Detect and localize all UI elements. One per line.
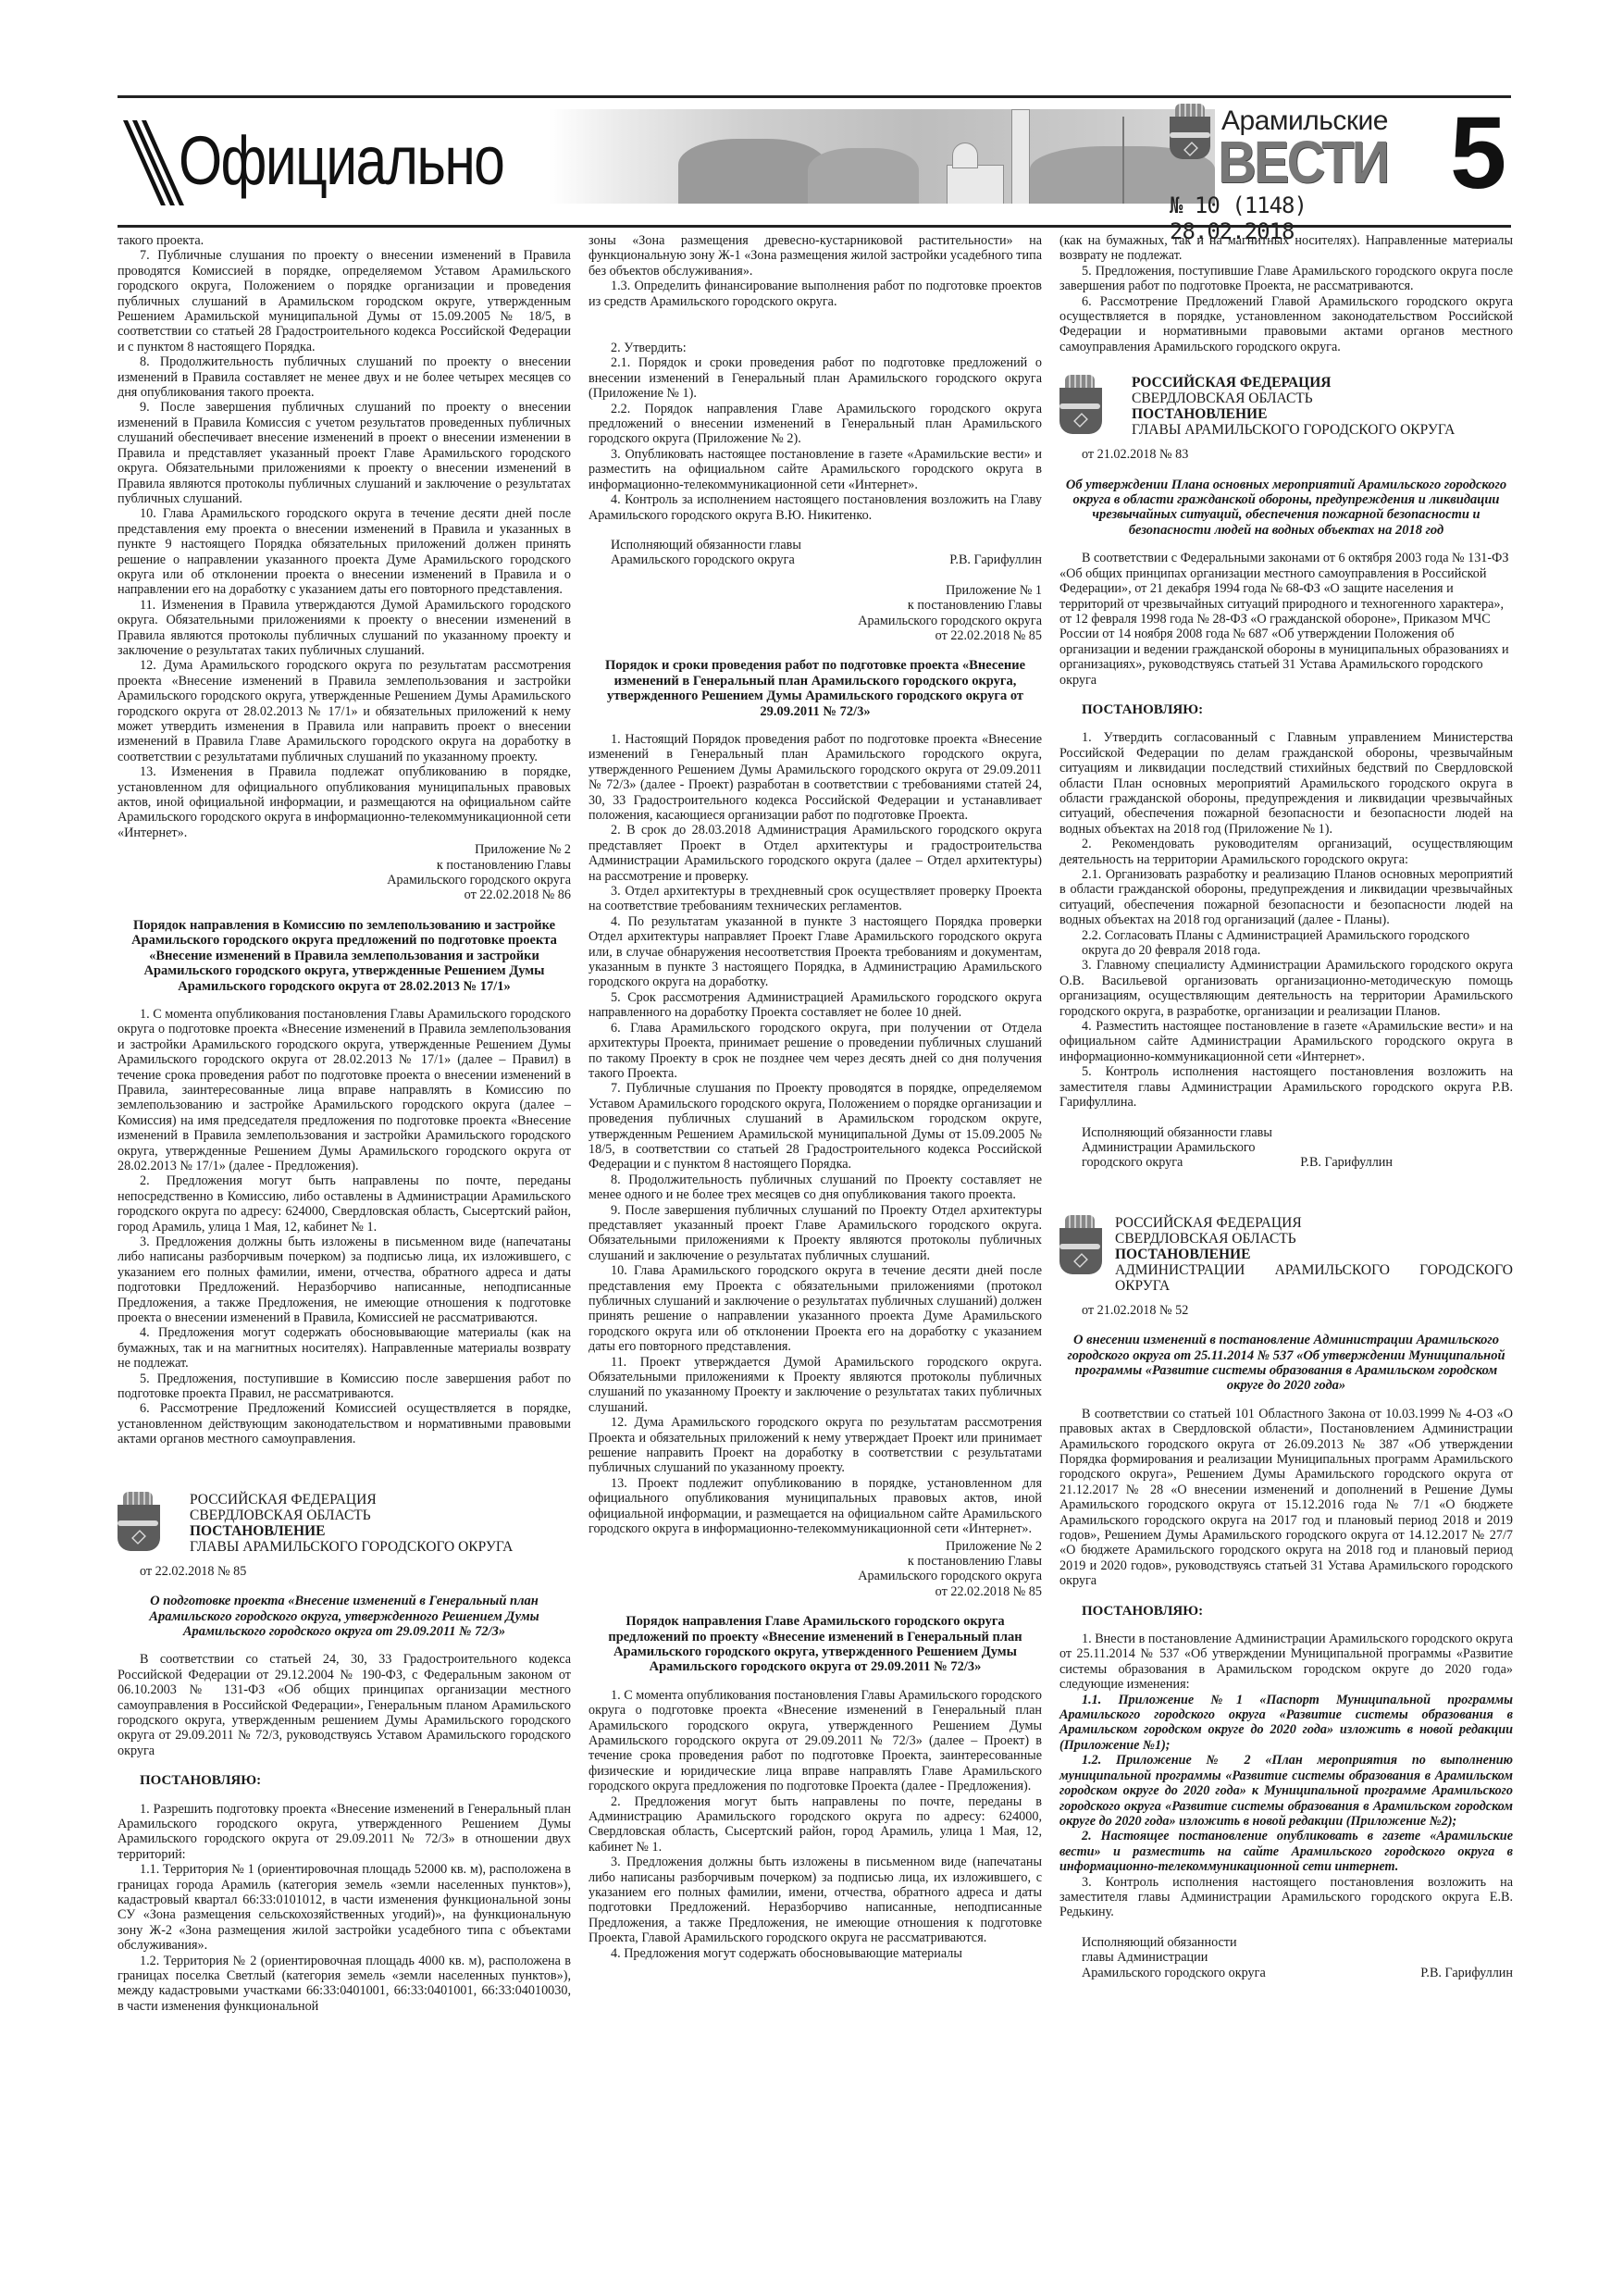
decree-date: от 22.02.2018 № 85 (118, 1564, 571, 1579)
paragraph: 2.2. Согласовать Планы с Администрацией … (1059, 928, 1513, 943)
paragraph: 3. Отдел архитектуры в трехдневный срок … (588, 884, 1042, 914)
paragraph: 2. В срок до 28.03.2018 Администрация Ар… (588, 823, 1042, 884)
paragraph: 5. Предложения, поступившие Главе Арамил… (1059, 264, 1513, 294)
decree-header: РОССИЙСКАЯ ФЕДЕРАЦИЯ СВЕРДЛОВСКАЯ ОБЛАСТ… (1059, 1215, 1513, 1294)
decree-title: О подготовке проекта «Внесение изменений… (118, 1594, 571, 1639)
paragraph: 9. После завершения публичных слушаний п… (118, 400, 571, 506)
coat-of-arms-icon (1059, 375, 1102, 434)
paragraph: 2.1. Порядок и сроки проведения работ по… (588, 355, 1042, 401)
paragraph: 1.3. Определить финансирование выполнени… (588, 279, 1042, 309)
middle-column: зоны «Зона размещения древесно-кустарник… (588, 233, 1042, 1961)
paragraph: округа до 20 февраля 2018 года. (1059, 943, 1513, 958)
paragraph: 4. Контроль за исполнением настоящего по… (588, 492, 1042, 523)
paragraph: 1. С момента опубликования постановления… (588, 1688, 1042, 1794)
paragraph: 1. Разрешить подготовку проекта «Внесени… (118, 1802, 571, 1863)
coat-of-arms-icon (118, 1492, 160, 1551)
section-heading: Порядок направления Главе Арамильского г… (588, 1614, 1042, 1675)
paragraph: 3. Предложения должны быть изложены в пи… (118, 1235, 571, 1325)
brand-name-bottom: ВЕСТИ (1218, 128, 1387, 196)
paragraph: 3. Опубликовать настоящее постановление … (588, 447, 1042, 492)
paragraph: 13. Проект подлежит опубликованию в поря… (588, 1476, 1042, 1537)
right-column: (как на бумажных, так и на магнитных нос… (1059, 233, 1513, 1980)
paragraph: 5. Контроль исполнения настоящего постан… (1059, 1064, 1513, 1110)
paragraph: 1.1. Приложение №1 «Паспорт Муниципально… (1059, 1693, 1513, 1754)
signatory-name: Р.В. Гарифуллин (1300, 1155, 1393, 1170)
paragraph: 1. Настоящий Порядок проведения работ по… (588, 732, 1042, 823)
decree-title: О внесении изменений в постановление Адм… (1059, 1333, 1513, 1394)
signature-block: Исполняющий обязанности главы Администра… (1059, 1125, 1513, 1171)
paragraph: зоны «Зона размещения древесно-кустарник… (588, 233, 1042, 279)
paragraph: В соответствии со статьей 101 Областного… (1059, 1407, 1513, 1589)
appendix-reference: Приложение № 2 к постановлению Главы Ара… (588, 1539, 1042, 1600)
paragraph: 10. Глава Арамильского городского округа… (118, 506, 571, 597)
section-heading: Порядок направления в Комиссию по землеп… (118, 918, 571, 994)
paragraph: 2. Утвердить: (588, 341, 1042, 355)
paragraph: 6. Рассмотрение Предложений Комиссией ос… (118, 1401, 571, 1446)
decree-header: РОССИЙСКАЯ ФЕДЕРАЦИЯ СВЕРДЛОВСКАЯ ОБЛАСТ… (1059, 375, 1513, 438)
section-title: Официально (118, 120, 575, 202)
paragraph: 4. Предложения могут содержать обосновыв… (118, 1325, 571, 1371)
paragraph: 5. Предложения, поступившие в Комиссию п… (118, 1371, 571, 1402)
paragraph: 7. Публичные слушания по проекту о внесе… (118, 248, 571, 354)
decree-date: от 21.02.2018 № 83 (1059, 447, 1513, 462)
church-photo (549, 109, 1215, 204)
page-number: 5 (1450, 94, 1506, 212)
paragraph: 6. Глава Арамильского городского округа,… (588, 1021, 1042, 1082)
decree-label: ПОСТАНОВЛЯЮ: (1082, 1604, 1513, 1619)
coat-of-arms-icon (1059, 1215, 1102, 1274)
paragraph: 1. Утвердить согласованный с Главным упр… (1059, 730, 1513, 837)
paragraph: 4. Разместить настоящее постановление в … (1059, 1019, 1513, 1064)
appendix-reference: Приложение № 2 к постановлению Главы Ара… (118, 842, 571, 903)
decree-header: РОССИЙСКАЯ ФЕДЕРАЦИЯ СВЕРДЛОВСКАЯ ОБЛАСТ… (118, 1492, 571, 1555)
paragraph: 4. Предложения могут содержать обосновыв… (588, 1946, 1042, 1961)
coat-of-arms-icon (1170, 104, 1210, 159)
paragraph: 1. С момента опубликования постановления… (118, 1007, 571, 1173)
paragraph: 2.2. Порядок направления Главе Арамильск… (588, 402, 1042, 447)
decree-label: ПОСТАНОВЛЯЮ: (140, 1773, 571, 1788)
section-title-text: Официально (179, 127, 503, 195)
signature-block: Исполняющий обязанности главы Арамильско… (588, 538, 1042, 568)
paragraph: 13. Изменения в Правила подлежат опублик… (118, 764, 571, 840)
paragraph: 9. После завершения публичных слушаний п… (588, 1203, 1042, 1264)
masthead: Официально Арамильские ВЕСТИ № 10 (1148)… (118, 100, 1511, 225)
paragraph: 2. Настоящее постановление опубликовать … (1059, 1829, 1513, 1874)
signatory-title: Исполняющий обязанности главы Администра… (1082, 1125, 1272, 1171)
paragraph: 4. По результатам указанной в пункте 3 н… (588, 914, 1042, 990)
section-slashes-icon (118, 120, 171, 202)
paragraph: 2.1. Организовать разработку и реализаци… (1059, 867, 1513, 928)
paragraph: (как на бумажных, так и на магнитных нос… (1059, 233, 1513, 264)
paragraph: 7. Публичные слушания по Проекту проводя… (588, 1081, 1042, 1172)
paragraph: В соответствии с Федеральными законами о… (1059, 551, 1513, 688)
paragraph: 2. Рекомендовать руководителям организац… (1059, 837, 1513, 867)
paragraph: 8. Продолжительность публичных слушаний … (118, 354, 571, 400)
paragraph: В соответствии со статьей 24, 30, 33 Гра… (118, 1652, 571, 1758)
paragraph: 3. Главному специалисту Администрации Ар… (1059, 958, 1513, 1019)
paragraph: 8. Продолжительность публичных слушаний … (588, 1173, 1042, 1203)
paragraph: 11. Проект утверждается Думой Арамильско… (588, 1355, 1042, 1416)
paragraph: 1.2. Приложение № 2 «План мероприятия по… (1059, 1753, 1513, 1829)
left-column: такого проекта. 7. Публичные слушания по… (118, 233, 571, 2014)
paragraph: 11. Изменения в Правила утверждаются Дум… (118, 598, 571, 659)
paragraph: 2. Предложения могут быть направлены по … (118, 1173, 571, 1235)
paragraph: 12. Дума Арамильского городского округа … (588, 1415, 1042, 1476)
signatory-title: Исполняющий обязанности главы Администра… (1082, 1935, 1266, 1980)
signatory-name: Р.В. Гарифуллин (949, 552, 1042, 567)
signature-block: Исполняющий обязанности главы Администра… (1059, 1935, 1513, 1980)
decree-label: ПОСТАНОВЛЯЮ: (1082, 702, 1513, 717)
paragraph: 1.2. Территория № 2 (ориентировочная пло… (118, 1954, 571, 2015)
signatory-name: Р.В. Гарифуллин (1420, 1966, 1513, 1980)
paragraph: 2. Предложения могут быть направлены по … (588, 1794, 1042, 1855)
paragraph: 12. Дума Арамильского городского округа … (118, 658, 571, 764)
decree-date: от 21.02.2018 № 52 (1059, 1303, 1513, 1318)
paragraph: такого проекта. (118, 233, 571, 248)
section-heading: Порядок и сроки проведения работ по подг… (588, 658, 1042, 719)
paragraph: 6. Рассмотрение Предложений Главой Арами… (1059, 294, 1513, 355)
paragraph: 1.1. Территория № 1 (ориентировочная пло… (118, 1862, 571, 1953)
signatory-title: Исполняющий обязанности главы Арамильско… (611, 538, 801, 568)
paragraph: 1. Внести в постановление Администрации … (1059, 1632, 1513, 1693)
decree-title: Об утверждении Плана основных мероприяти… (1059, 478, 1513, 539)
appendix-reference: Приложение № 1 к постановлению Главы Ара… (588, 583, 1042, 644)
newspaper-brand: Арамильские ВЕСТИ № 10 (1148) 28.02.2018 (1170, 100, 1392, 225)
paragraph: 10. Глава Арамильского городского округа… (588, 1263, 1042, 1354)
paragraph: 3. Контроль исполнения настоящего постан… (1059, 1875, 1513, 1920)
paragraph: 3. Предложения должны быть изложены в пи… (588, 1855, 1042, 1945)
masthead-top-rule (118, 95, 1511, 98)
paragraph: 5. Срок рассмотрения Администрацией Арам… (588, 990, 1042, 1021)
